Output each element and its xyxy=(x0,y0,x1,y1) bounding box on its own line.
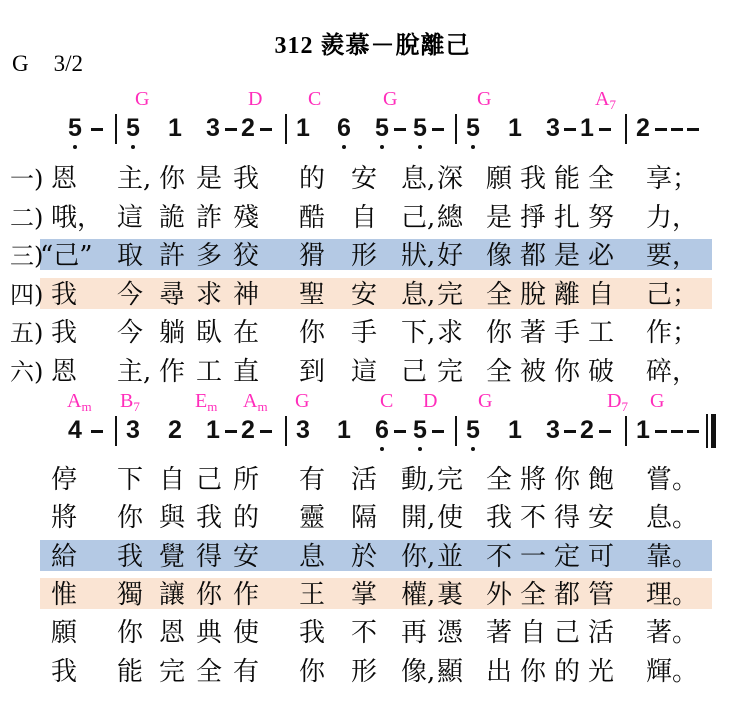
lyric-syllable: 這 xyxy=(351,358,377,387)
low-octave-dot xyxy=(380,447,384,451)
lyric-syllable: 手 xyxy=(351,319,377,348)
duration-dash xyxy=(91,128,103,131)
chord-root: D xyxy=(607,390,621,412)
verse-label: 一) xyxy=(10,166,43,192)
lyric-syllable: 光 xyxy=(588,658,614,687)
barline xyxy=(115,416,117,446)
verse-label: 五) xyxy=(10,320,43,346)
barline xyxy=(625,114,627,144)
lyric-syllable: 你 xyxy=(299,319,325,348)
lyric-syllable: 扎 xyxy=(554,204,580,233)
lyric-syllable: 得 xyxy=(196,543,222,572)
duration-dash xyxy=(655,128,667,131)
chord-symbol: G xyxy=(383,89,397,109)
note: 1 xyxy=(636,418,650,443)
low-octave-dot xyxy=(471,447,475,451)
chord-symbol: G xyxy=(477,89,491,109)
lyric-syllable: 像 xyxy=(486,242,512,271)
note: 2 xyxy=(241,418,255,443)
chord-root: E xyxy=(195,390,207,412)
chord-root: G xyxy=(478,390,492,412)
chord-root: G xyxy=(383,88,397,110)
lyric-syllable: 我 xyxy=(233,165,259,194)
note: 5 xyxy=(466,116,480,141)
lyric-syllable: 你 xyxy=(159,165,185,194)
lyric-syllable: 今 xyxy=(117,319,143,348)
lyric-syllable: 全 xyxy=(588,165,614,194)
lyric-syllable: 工 xyxy=(196,358,222,387)
barline xyxy=(285,114,287,144)
lyric-syllable: 己 xyxy=(401,358,427,387)
lyric-syllable: 典 xyxy=(196,619,222,648)
note: 1 xyxy=(508,116,522,141)
low-octave-dot xyxy=(418,447,422,451)
lyric-syllable: 的 xyxy=(233,504,259,533)
lyric-syllable: 掙 xyxy=(520,204,546,233)
lyric-syllable: 碎， xyxy=(646,358,698,387)
lyric-syllable: 著。 xyxy=(646,619,698,648)
lyric-syllable: 好 xyxy=(437,242,463,271)
lyric-syllable: 的 xyxy=(554,658,580,687)
duration-dash xyxy=(671,430,683,433)
lyric-syllable: 我 xyxy=(117,543,143,572)
lyric-syllable: 不 xyxy=(351,619,377,648)
lyric-syllable: 權, xyxy=(401,581,435,610)
chord-symbol: B7 xyxy=(120,391,140,413)
lyric-syllable: 你 xyxy=(520,658,546,687)
note: 6 xyxy=(375,418,389,443)
note: 3 xyxy=(296,418,310,443)
note: 2 xyxy=(168,418,182,443)
verse-label: 四) xyxy=(10,282,43,308)
lyric-syllable: 己 xyxy=(196,466,222,495)
lyric-syllable: 顯 xyxy=(437,658,463,687)
lyric-syllable: 所 xyxy=(233,466,259,495)
final-barline-thick xyxy=(711,414,716,448)
chord-symbol: D xyxy=(423,391,437,411)
duration-dash xyxy=(91,430,103,433)
duration-dash xyxy=(599,128,611,131)
lyric-syllable: 尋 xyxy=(159,281,185,310)
lyric-syllable: 能 xyxy=(117,658,143,687)
lyric-syllable: 被 xyxy=(520,358,546,387)
lyric-syllable: 覺 xyxy=(159,543,185,572)
chord-symbol: G xyxy=(135,89,149,109)
barline xyxy=(455,114,457,144)
chord-root: G xyxy=(295,390,309,412)
duration-dash xyxy=(599,430,611,433)
lyric-syllable: 全 xyxy=(520,581,546,610)
lyric-syllable: 主, xyxy=(117,165,151,194)
note: 5 xyxy=(68,116,82,141)
lyric-syllable: 完 xyxy=(437,281,463,310)
lyric-syllable: 到 xyxy=(299,358,325,387)
lyric-syllable: 王 xyxy=(299,581,325,610)
key-signature: G3/2 xyxy=(12,51,83,77)
lyric-syllable: 求 xyxy=(196,281,222,310)
lyric-syllable: 可 xyxy=(588,543,614,572)
lyric-syllable: 取 xyxy=(117,242,143,271)
lyric-syllable: 必 xyxy=(588,242,614,271)
note: 1 xyxy=(580,116,594,141)
duration-dash xyxy=(432,430,444,433)
lyric-syllable: 不 xyxy=(486,543,512,572)
lyric-syllable: 躺 xyxy=(159,319,185,348)
chord-symbol: Am xyxy=(243,391,268,413)
lyric-syllable: 外 xyxy=(486,581,512,610)
lyric-syllable: 你 xyxy=(196,581,222,610)
lyric-syllable: 求 xyxy=(437,319,463,348)
lyric-syllable: 自 xyxy=(588,281,614,310)
lyric-syllable: 飽 xyxy=(588,466,614,495)
note: 3 xyxy=(126,418,140,443)
lyric-syllable: 己, xyxy=(401,204,435,233)
lyric-syllable: 安 xyxy=(588,504,614,533)
lyric-syllable: 息, xyxy=(401,165,435,194)
verse-label: 六) xyxy=(10,359,43,385)
lyric-syllable: 這 xyxy=(117,204,143,233)
lyric-syllable: 直 xyxy=(233,358,259,387)
verse-label: 三) xyxy=(10,243,43,269)
lyric-syllable: 息。 xyxy=(646,504,698,533)
note: 2 xyxy=(636,116,650,141)
chord-suffix: m xyxy=(257,399,267,414)
lyric-syllable: 臥 xyxy=(196,319,222,348)
lyric-syllable: 總 xyxy=(437,204,463,233)
low-octave-dot xyxy=(471,145,475,149)
verse-label: 二) xyxy=(10,205,43,231)
lyric-syllable: 我 xyxy=(299,619,325,648)
chord-symbol: A7 xyxy=(595,89,616,111)
lyric-syllable: 恩 xyxy=(51,165,77,194)
lyric-syllable: 安 xyxy=(351,281,377,310)
lyric-syllable: 將 xyxy=(51,504,77,533)
lyric-syllable: 手 xyxy=(554,319,580,348)
lyric-syllable: 你 xyxy=(117,504,143,533)
lyric-syllable: 力， xyxy=(646,204,698,233)
note: 3 xyxy=(546,418,560,443)
note: 5 xyxy=(126,116,140,141)
lyric-syllable: 裏 xyxy=(437,581,463,610)
lyric-syllable: 破 xyxy=(588,358,614,387)
lyric-syllable: 的 xyxy=(299,165,325,194)
lyric-syllable: 許 xyxy=(159,242,185,271)
barline xyxy=(455,416,457,446)
lyric-syllable: 自 xyxy=(351,204,377,233)
lyric-syllable: 是 xyxy=(554,242,580,271)
lyric-syllable: 主, xyxy=(117,358,151,387)
lyric-syllable: 惟 xyxy=(51,581,77,610)
lyric-syllable: 都 xyxy=(554,581,580,610)
lyric-syllable: 停 xyxy=(51,466,77,495)
lyric-syllable: 形 xyxy=(351,242,377,271)
lyric-syllable: 你, xyxy=(401,543,435,572)
lyric-syllable: 息, xyxy=(401,281,435,310)
lyric-syllable: 輝。 xyxy=(646,658,698,687)
lyric-syllable: 我 xyxy=(486,504,512,533)
lyric-syllable: 恩 xyxy=(159,619,185,648)
lyric-syllable: 靠。 xyxy=(646,543,698,572)
lyric-syllable: 能 xyxy=(554,165,580,194)
note: 1 xyxy=(206,418,220,443)
lyric-syllable: 享； xyxy=(646,165,698,194)
lyric-syllable: 要， xyxy=(646,242,698,271)
lyric-syllable: 並 xyxy=(437,543,463,572)
lyric-syllable: 殘 xyxy=(233,204,259,233)
duration-dash xyxy=(394,430,406,433)
lyric-syllable: 我 xyxy=(520,165,546,194)
lyric-syllable: 工 xyxy=(588,319,614,348)
note: 3 xyxy=(206,116,220,141)
lyric-syllable: 多 xyxy=(196,242,222,271)
hymn-sheet: 312 羨慕－脫離己 G3/2 GDCGGA755132165551312AmB… xyxy=(0,0,745,728)
note: 1 xyxy=(508,418,522,443)
lyric-syllable: 深 xyxy=(437,165,463,194)
chord-root: D xyxy=(248,88,262,110)
key-letter: G xyxy=(12,51,29,76)
lyric-syllable: 給 xyxy=(51,543,77,572)
lyric-syllable: 使 xyxy=(437,504,463,533)
lyric-syllable: 恩 xyxy=(51,358,77,387)
low-octave-dot xyxy=(418,145,422,149)
lyric-syllable: 你 xyxy=(117,619,143,648)
note: 6 xyxy=(337,116,351,141)
lyric-syllable: 著 xyxy=(486,619,512,648)
lyric-syllable: 安 xyxy=(351,165,377,194)
chord-suffix: m xyxy=(207,399,217,414)
duration-dash xyxy=(655,430,667,433)
chord-root: C xyxy=(308,88,321,110)
lyric-syllable: 哦， xyxy=(51,204,103,233)
lyric-syllable: 作 xyxy=(159,358,185,387)
low-octave-dot xyxy=(73,145,77,149)
lyric-syllable: 獨 xyxy=(117,581,143,610)
lyric-syllable: 使 xyxy=(233,619,259,648)
lyric-syllable: 於 xyxy=(351,543,377,572)
barline xyxy=(115,114,117,144)
duration-dash xyxy=(260,128,272,131)
barline xyxy=(285,416,287,446)
lyric-syllable: 願 xyxy=(486,165,512,194)
duration-dash xyxy=(564,128,576,131)
lyric-syllable: 作 xyxy=(233,581,259,610)
chord-symbol: Em xyxy=(195,391,217,413)
chord-root: G xyxy=(135,88,149,110)
lyric-syllable: 今 xyxy=(117,281,143,310)
chord-root: G xyxy=(650,390,664,412)
duration-dash xyxy=(225,430,237,433)
lyric-syllable: 狡 xyxy=(233,242,259,271)
note: 5 xyxy=(413,116,427,141)
lyric-syllable: “己” xyxy=(40,242,93,271)
note: 5 xyxy=(375,116,389,141)
chord-root: C xyxy=(380,390,393,412)
low-octave-dot xyxy=(380,145,384,149)
lyric-syllable: 活 xyxy=(351,466,377,495)
lyric-syllable: 作； xyxy=(646,319,698,348)
chord-suffix: 7 xyxy=(621,399,628,414)
lyric-syllable: 將 xyxy=(520,466,546,495)
lyric-syllable: 脫 xyxy=(520,281,546,310)
lyric-syllable: 猾 xyxy=(299,242,325,271)
lyric-syllable: 得 xyxy=(554,504,580,533)
lyric-syllable: 酷 xyxy=(299,204,325,233)
lyric-syllable: 自 xyxy=(520,619,546,648)
low-octave-dot xyxy=(131,145,135,149)
lyric-syllable: 你 xyxy=(554,358,580,387)
lyric-syllable: 活 xyxy=(588,619,614,648)
lyric-syllable: 全 xyxy=(196,658,222,687)
low-octave-dot xyxy=(342,145,346,149)
chord-symbol: G xyxy=(478,391,492,411)
lyric-syllable: 你 xyxy=(554,466,580,495)
note: 5 xyxy=(466,418,480,443)
lyric-syllable: 我 xyxy=(196,504,222,533)
lyric-syllable: 動, xyxy=(401,466,435,495)
lyric-syllable: 與 xyxy=(159,504,185,533)
lyric-syllable: 你 xyxy=(486,319,512,348)
lyric-syllable: 形 xyxy=(351,658,377,687)
lyric-syllable: 我 xyxy=(51,319,77,348)
chord-root: B xyxy=(120,390,133,412)
lyric-syllable: 全 xyxy=(486,358,512,387)
duration-dash xyxy=(432,128,444,131)
lyric-syllable: 是 xyxy=(486,204,512,233)
lyric-syllable: 讓 xyxy=(159,581,185,610)
lyric-syllable: 掌 xyxy=(351,581,377,610)
lyric-syllable: 己 xyxy=(554,619,580,648)
lyric-syllable: 定 xyxy=(554,543,580,572)
lyric-syllable: 著 xyxy=(520,319,546,348)
duration-dash xyxy=(564,430,576,433)
chord-symbol: C xyxy=(308,89,321,109)
lyric-syllable: 完 xyxy=(437,358,463,387)
chord-symbol: C xyxy=(380,391,393,411)
chord-symbol: Am xyxy=(67,391,92,413)
duration-dash xyxy=(394,128,406,131)
lyric-syllable: 我 xyxy=(51,658,77,687)
lyric-syllable: 詭 xyxy=(159,204,185,233)
chord-root: D xyxy=(423,390,437,412)
chord-symbol: G xyxy=(295,391,309,411)
duration-dash xyxy=(671,128,683,131)
lyric-syllable: 管 xyxy=(588,581,614,610)
chord-root: A xyxy=(243,390,257,412)
lyric-syllable: 是 xyxy=(196,165,222,194)
note: 4 xyxy=(68,418,82,443)
note: 1 xyxy=(337,418,351,443)
lyric-syllable: 全 xyxy=(486,466,512,495)
chord-suffix: 7 xyxy=(133,399,140,414)
note: 1 xyxy=(168,116,182,141)
duration-dash xyxy=(687,430,699,433)
chord-root: A xyxy=(595,88,609,110)
chord-root: G xyxy=(477,88,491,110)
lyric-syllable: 嘗。 xyxy=(646,466,698,495)
chord-symbol: D7 xyxy=(607,391,628,413)
lyric-syllable: 自 xyxy=(159,466,185,495)
lyric-syllable: 息 xyxy=(299,543,325,572)
lyric-syllable: 離 xyxy=(554,281,580,310)
chord-symbol: G xyxy=(650,391,664,411)
lyric-syllable: 在 xyxy=(233,319,259,348)
note: 2 xyxy=(241,116,255,141)
lyric-syllable: 完 xyxy=(437,466,463,495)
lyric-syllable: 不 xyxy=(520,504,546,533)
note: 3 xyxy=(546,116,560,141)
chord-suffix: 7 xyxy=(609,97,616,112)
lyric-syllable: 憑 xyxy=(437,619,463,648)
lyric-syllable: 願 xyxy=(51,619,77,648)
lyric-syllable: 己； xyxy=(646,281,698,310)
lyric-syllable: 理。 xyxy=(646,581,698,610)
lyric-syllable: 下, xyxy=(401,319,435,348)
lyric-syllable: 聖 xyxy=(299,281,325,310)
note: 2 xyxy=(580,418,594,443)
lyric-syllable: 詐 xyxy=(196,204,222,233)
lyric-syllable: 完 xyxy=(159,658,185,687)
chord-suffix: m xyxy=(81,399,91,414)
lyric-syllable: 安 xyxy=(233,543,259,572)
lyric-syllable: 靈 xyxy=(299,504,325,533)
note: 1 xyxy=(296,116,310,141)
duration-dash xyxy=(687,128,699,131)
lyric-syllable: 像, xyxy=(401,658,435,687)
duration-dash xyxy=(260,430,272,433)
lyric-syllable: 狀, xyxy=(401,242,435,271)
lyric-syllable: 神 xyxy=(233,281,259,310)
lyric-syllable: 有 xyxy=(299,466,325,495)
lyric-syllable: 我 xyxy=(51,281,77,310)
hymn-title: 312 羨慕－脫離己 xyxy=(0,25,745,60)
note: 5 xyxy=(413,418,427,443)
barline xyxy=(625,416,627,446)
chord-symbol: D xyxy=(248,89,262,109)
lyric-syllable: 隔 xyxy=(351,504,377,533)
time-signature: 3/2 xyxy=(54,51,83,76)
duration-dash xyxy=(225,128,237,131)
lyric-syllable: 一 xyxy=(520,543,546,572)
lyric-syllable: 努 xyxy=(588,204,614,233)
lyric-syllable: 你 xyxy=(299,658,325,687)
lyric-syllable: 再 xyxy=(401,619,427,648)
lyric-syllable: 全 xyxy=(486,281,512,310)
lyric-syllable: 有 xyxy=(233,658,259,687)
lyric-syllable: 下 xyxy=(117,466,143,495)
lyric-syllable: 出 xyxy=(486,658,512,687)
lyric-syllable: 開, xyxy=(401,504,435,533)
lyric-syllable: 都 xyxy=(520,242,546,271)
chord-root: A xyxy=(67,390,81,412)
final-barline-thin xyxy=(706,414,708,448)
